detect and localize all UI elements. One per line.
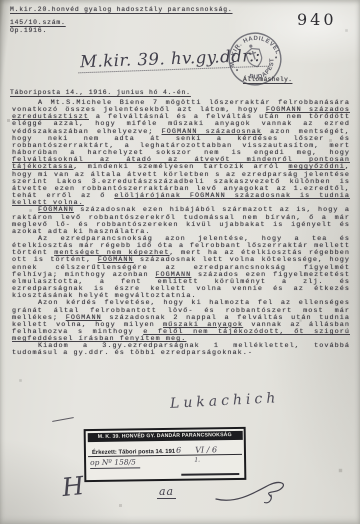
document-paragraph: FOGMANN századosnak ezen hibájából szárm…: [12, 207, 350, 236]
op-year: Op.1916.: [10, 27, 47, 34]
received-stamp-title: M. K. 39. HONVÉD GY. DANDÁR PARANCSNOKSÁ…: [87, 430, 242, 442]
received-label: Érkezett: Tábori posta 14. 191: [92, 448, 175, 455]
reference-row: op Nº 158/5 1.: [86, 454, 244, 468]
file-number: 145/10.szám.: [10, 19, 66, 26]
scanned-document: M.kir.20.honvéd gyalog hadosztály paranc…: [0, 0, 360, 524]
document-paragraph: Kiadom a 3.gy.ezredparságnak 1 melléklet…: [12, 343, 350, 357]
document-paragraph: Azon kérdés felvetése, hogy ki halmozta …: [12, 300, 350, 343]
received-stamp-box: M. K. 39. HONVÉD GY. DANDÁR PARANCSNOKSÁ…: [84, 427, 247, 482]
header-unit-line: M.kir.20.honvéd gyalog hadosztály paranc…: [10, 6, 232, 13]
annotation-aa: aa: [157, 485, 176, 499]
received-year-handwritten: 6: [176, 445, 181, 454]
received-date-handwritten: VI / 6: [195, 445, 217, 454]
reference-number-handwritten: op Nº 158/5: [90, 457, 140, 469]
date-line: Táboriposta 14., 1916. junius hó 4.-én.: [10, 89, 191, 96]
annotation-initial-left: H: [61, 471, 86, 502]
paraph-flourish-icon: [214, 477, 292, 509]
page-number: 940: [297, 10, 337, 29]
scan-noise: [0, 0, 1, 1]
document-body: A Mt.S.Michele Biene 7 mögötti lőszerrak…: [12, 100, 350, 358]
document-paragraph: A Mt.S.Michele Biene 7 mögötti lőszerrak…: [12, 100, 350, 207]
stamp-underline: [181, 473, 239, 475]
station-label: Állomáshely.: [243, 76, 292, 83]
stamp-small-mark: 1.: [194, 456, 200, 467]
document-paragraph: Az ezredparancsnokság azon jelentése, ho…: [12, 236, 350, 300]
